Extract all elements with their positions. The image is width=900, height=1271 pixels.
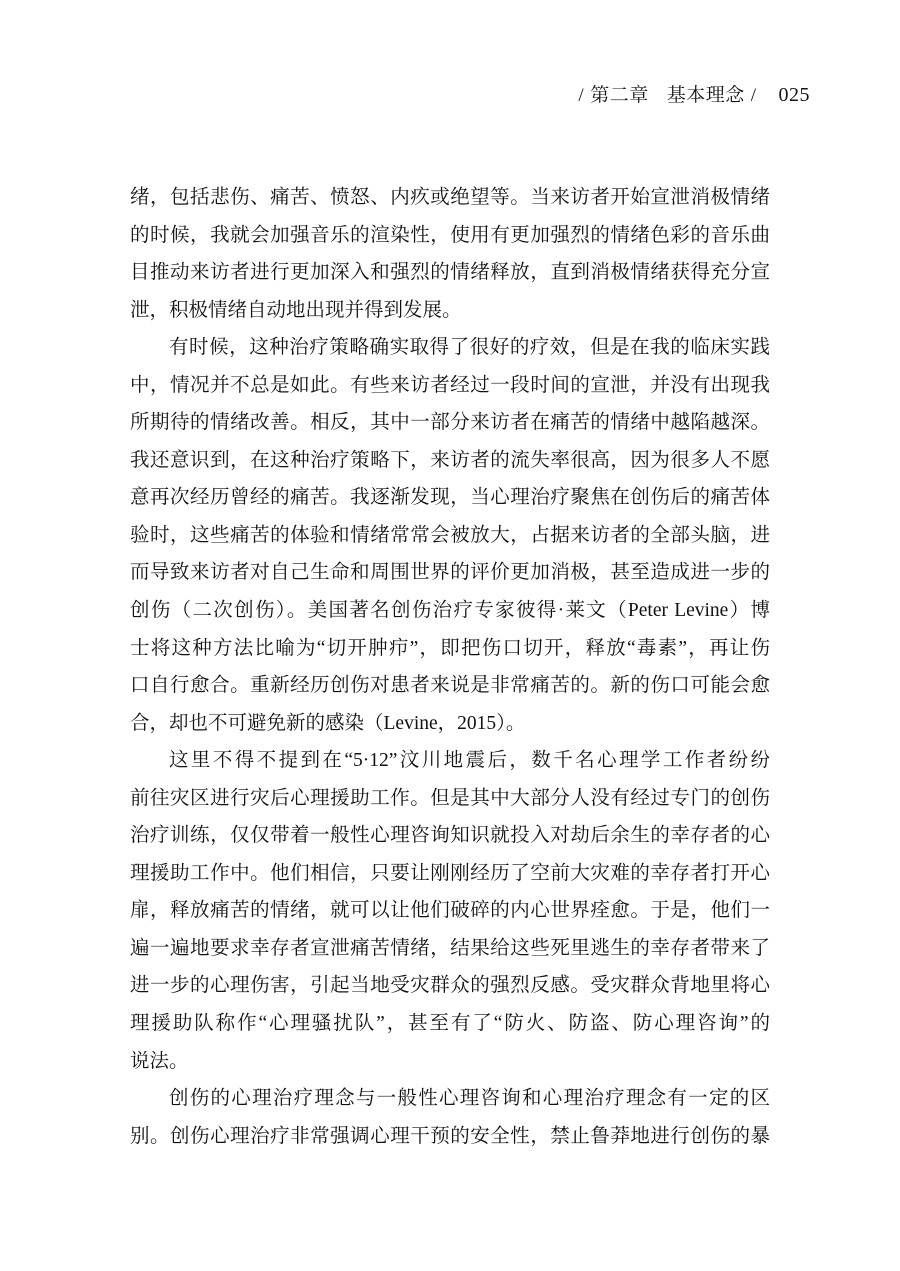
text-line: 合，却也不可避免新的感染（Levine，2015）。	[130, 705, 770, 743]
text-line: 创伤（二次创伤）。美国著名创伤治疗专家彼得·莱文（Peter Levine）博	[130, 592, 770, 630]
text-line: 前往灾区进行灾后心理援助工作。但是其中大部分人没有经过专门的创伤	[130, 780, 770, 818]
text-line: 别。创伤心理治疗非常强调心理干预的安全性，禁止鲁莽地进行创伤的暴	[130, 1118, 770, 1156]
running-header: /第二章基本理念/025	[572, 80, 810, 107]
text-line: 创伤的心理治疗理念与一般性心理咨询和心理治疗理念有一定的区	[130, 1080, 770, 1118]
text-line: 意再次经历曾经的痛苦。我逐渐发现，当心理治疗聚焦在创伤后的痛苦体	[130, 479, 770, 517]
header-page-number: 025	[779, 84, 811, 106]
text-line: 泄，积极情绪自动地出现并得到发展。	[130, 292, 770, 330]
text-line: 遍一遍地要求幸存者宣泄痛苦情绪，结果给这些死里逃生的幸存者带来了	[130, 930, 770, 968]
text-line: 所期待的情绪改善。相反，其中一部分来访者在痛苦的情绪中越陷越深。	[130, 404, 770, 442]
text-line: 有时候，这种治疗策略确实取得了很好的疗效，但是在我的临床实践	[130, 329, 770, 367]
text-line: 口自行愈合。重新经历创伤对患者来说是非常痛苦的。新的伤口可能会愈	[130, 667, 770, 705]
text-line: 治疗训练，仅仅带着一般性心理咨询知识就投入对劫后余生的幸存者的心	[130, 817, 770, 855]
text-line: 这里不得不提到在“5·12”汶川地震后，数千名心理学工作者纷纷	[130, 742, 770, 780]
header-slash-close: /	[751, 85, 757, 106]
text-line: 说法。	[130, 1043, 770, 1081]
header-chapter: 第二章	[590, 85, 649, 106]
header-section-title: 基本理念	[667, 85, 745, 106]
text-line: 我还意识到，在这种治疗策略下，来访者的流失率很高，因为很多人不愿	[130, 442, 770, 480]
book-page: /第二章基本理念/025 绪，包括悲伤、痛苦、愤怒、内疚或绝望等。当来访者开始宣…	[0, 0, 900, 1271]
page-body-text: 绪，包括悲伤、痛苦、愤怒、内疚或绝望等。当来访者开始宣泄消极情绪的时候，我就会加…	[130, 179, 770, 1155]
header-slash-open: /	[578, 85, 584, 106]
text-line: 验时，这些痛苦的体验和情绪常常会被放大，占据来访者的全部头脑，进	[130, 517, 770, 555]
text-line: 理援助工作中。他们相信，只要让刚刚经历了空前大灾难的幸存者打开心	[130, 855, 770, 893]
text-line: 的时候，我就会加强音乐的渲染性，使用有更加强烈的情绪色彩的音乐曲	[130, 217, 770, 255]
text-line: 目推动来访者进行更加深入和强烈的情绪释放，直到消极情绪获得充分宣	[130, 254, 770, 292]
text-line: 进一步的心理伤害，引起当地受灾群众的强烈反感。受灾群众背地里将心	[130, 967, 770, 1005]
text-line: 扉，释放痛苦的情绪，就可以让他们破碎的内心世界痊愈。于是，他们一	[130, 892, 770, 930]
text-line: 士将这种方法比喻为“切开肿疖”，即把伤口切开，释放“毒素”，再让伤	[130, 630, 770, 668]
text-line: 而导致来访者对自己生命和周围世界的评价更加消极，甚至造成进一步的	[130, 554, 770, 592]
text-line: 绪，包括悲伤、痛苦、愤怒、内疚或绝望等。当来访者开始宣泄消极情绪	[130, 179, 770, 217]
text-line: 理援助队称作“心理骚扰队”，甚至有了“防火、防盗、防心理咨询”的	[130, 1005, 770, 1043]
text-line: 中，情况并不总是如此。有些来访者经过一段时间的宣泄，并没有出现我	[130, 367, 770, 405]
